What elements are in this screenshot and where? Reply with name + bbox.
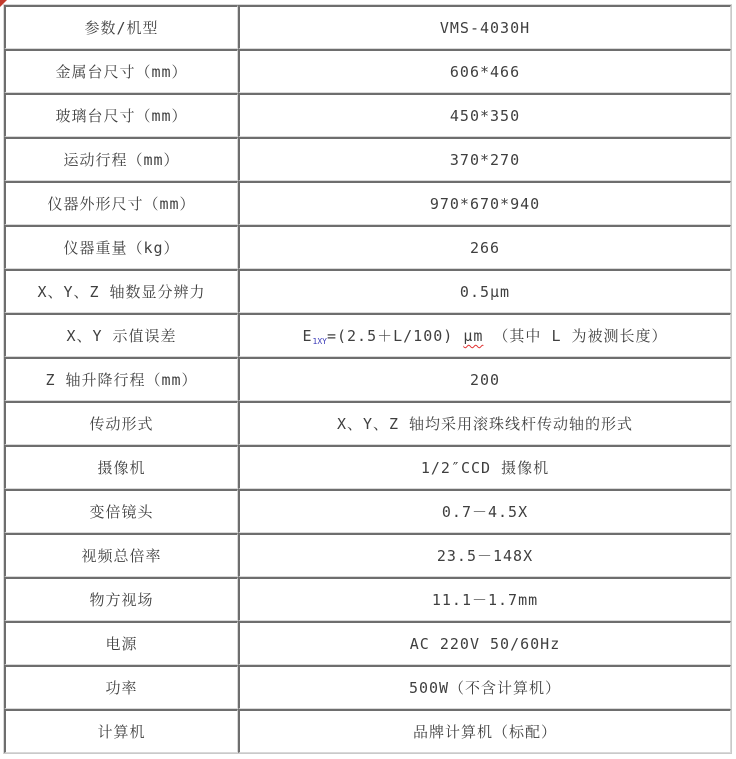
param-value-cell: 品牌计算机（标配） [238, 709, 731, 753]
param-value-cell: X、Y、Z 轴均采用滚珠线杆传动轴的形式 [238, 401, 731, 445]
param-label-cell: 变倍镜头 [4, 489, 238, 533]
spec-row: 传动形式X、Y、Z 轴均采用滚珠线杆传动轴的形式 [4, 401, 731, 445]
param-value-cell: 23.5－148X [238, 533, 731, 577]
param-value-cell: 1/2″CCD 摄像机 [238, 445, 731, 489]
param-label-cell: 运动行程（mm） [4, 137, 238, 181]
spec-row: 变倍镜头0.7－4.5X [4, 489, 731, 533]
param-label-cell: X、Y 示值误差 [4, 313, 238, 357]
error-formula-subscript: 1XY [313, 337, 327, 346]
spec-row: X、Y、Z 轴数显分辨力0.5μm [4, 269, 731, 313]
param-value-cell: 370*270 [238, 137, 731, 181]
param-label-cell: 计算机 [4, 709, 238, 753]
spellcheck-wavy-text: μm [463, 327, 483, 345]
param-label-cell: 金属台尺寸（mm） [4, 49, 238, 93]
param-label-cell: 电源 [4, 621, 238, 665]
param-value-cell: E1XY=(2.5＋L/100) μm （其中 L 为被测长度） [238, 313, 731, 357]
param-label-cell: 传动形式 [4, 401, 238, 445]
param-label-cell: 仪器重量（kg） [4, 225, 238, 269]
param-value-cell: 0.5μm [238, 269, 731, 313]
param-value-cell: AC 220V 50/60Hz [238, 621, 731, 665]
spec-row: 玻璃台尺寸（mm）450*350 [4, 93, 731, 137]
param-value-cell: 11.1－1.7mm [238, 577, 731, 621]
error-formula-note: （其中 L 为被测长度） [483, 327, 667, 345]
spec-row: 物方视场11.1－1.7mm [4, 577, 731, 621]
spec-row: 仪器重量（kg）266 [4, 225, 731, 269]
document-page: 参数/机型VMS-4030H金属台尺寸（mm）606*466玻璃台尺寸（mm）4… [0, 0, 736, 759]
spec-row: 运动行程（mm）370*270 [4, 137, 731, 181]
spec-row: 仪器外形尺寸（mm）970*670*940 [4, 181, 731, 225]
param-label-cell: 仪器外形尺寸（mm） [4, 181, 238, 225]
param-label-cell: 玻璃台尺寸（mm） [4, 93, 238, 137]
param-value-cell: 450*350 [238, 93, 731, 137]
param-label-cell: 视频总倍率 [4, 533, 238, 577]
spec-row: Z 轴升降行程（mm）200 [4, 357, 731, 401]
spec-row: X、Y 示值误差E1XY=(2.5＋L/100) μm （其中 L 为被测长度） [4, 313, 731, 357]
param-value-cell: 500W（不含计算机） [238, 665, 731, 709]
param-label-cell: 摄像机 [4, 445, 238, 489]
param-value-cell: 200 [238, 357, 731, 401]
param-label-cell: 物方视场 [4, 577, 238, 621]
spec-row: 参数/机型VMS-4030H [4, 5, 731, 49]
param-value-cell: 266 [238, 225, 731, 269]
param-value-cell: 606*466 [238, 49, 731, 93]
spec-row: 视频总倍率23.5－148X [4, 533, 731, 577]
param-label-cell: 参数/机型 [4, 5, 238, 49]
spec-row: 计算机品牌计算机（标配） [4, 709, 731, 753]
param-value-cell: VMS-4030H [238, 5, 731, 49]
spec-row: 功率500W（不含计算机） [4, 665, 731, 709]
spec-table: 参数/机型VMS-4030H金属台尺寸（mm）606*466玻璃台尺寸（mm）4… [3, 4, 732, 754]
spec-row: 摄像机1/2″CCD 摄像机 [4, 445, 731, 489]
param-label-cell: Z 轴升降行程（mm） [4, 357, 238, 401]
error-formula-prefix: E [302, 327, 312, 345]
spec-row: 金属台尺寸（mm）606*466 [4, 49, 731, 93]
spec-row: 电源AC 220V 50/60Hz [4, 621, 731, 665]
param-label-cell: 功率 [4, 665, 238, 709]
param-value-cell: 970*670*940 [238, 181, 731, 225]
error-formula-body: =(2.5＋L/100) [327, 327, 463, 345]
param-value-cell: 0.7－4.5X [238, 489, 731, 533]
param-label-cell: X、Y、Z 轴数显分辨力 [4, 269, 238, 313]
